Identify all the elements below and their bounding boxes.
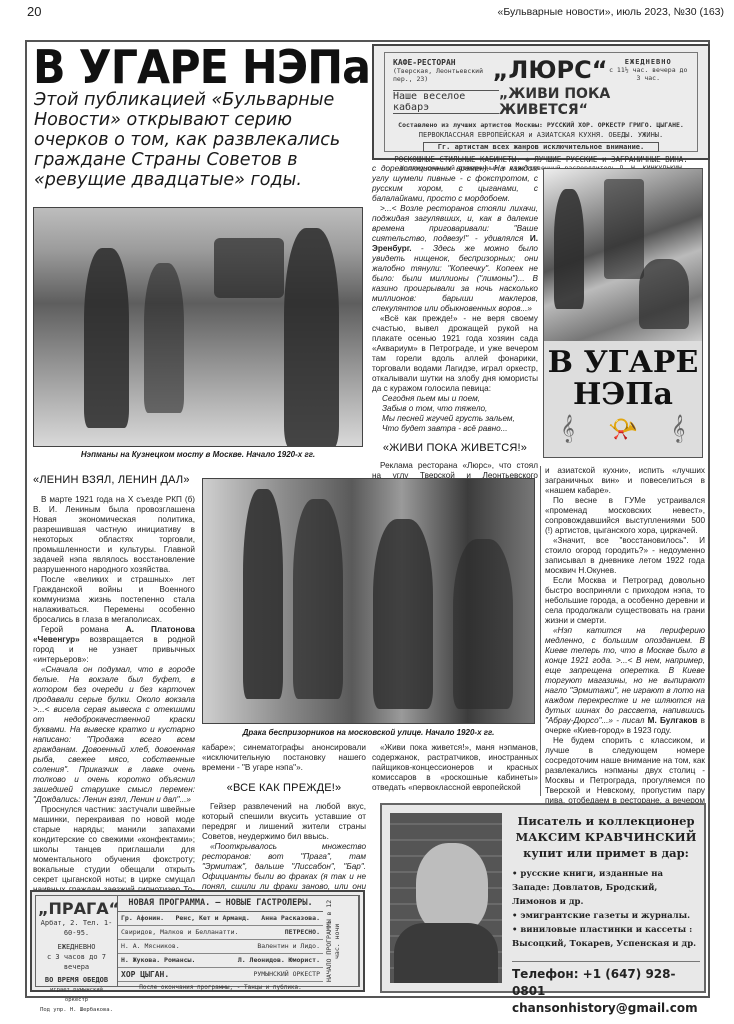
wanted-item: русские книги, изданные на Западе: Довла… bbox=[512, 867, 700, 909]
praga-act: РУМЫНСКИЙ ОРКЕСТР bbox=[253, 969, 320, 980]
photo1-caption: Нэпманы на Кузнецком мосту в Москве. Нач… bbox=[33, 450, 363, 459]
postwar-paragraph: После «великих и страшных» лет Гражданск… bbox=[33, 575, 195, 625]
verse-line: Что будет завтра - всё равно... bbox=[382, 424, 538, 434]
praga-side-text: НАЧАЛО ПРОГРАММЫ в 12 час. ночи bbox=[323, 896, 359, 986]
praga-act: Анна Расказова. bbox=[261, 913, 320, 924]
column-2-text: кабаре»; синематографы анонсировали «иск… bbox=[202, 743, 366, 902]
wanted-items-list: русские книги, изданные на Западе: Довла… bbox=[512, 867, 700, 951]
nep-paragraph: В марте 1921 года на X съезде РКП (б) В.… bbox=[33, 495, 195, 575]
lurs-cafe-label: КАФЕ-РЕСТОРАН bbox=[393, 58, 493, 67]
wanted-item: виниловые пластинки и кассеты : Высоцкий… bbox=[512, 923, 700, 951]
poster-illustration bbox=[544, 169, 702, 341]
praga-address: Арбат, 2. Тел. 1-60-95. bbox=[38, 918, 115, 938]
lurs-name: „ЛЮРС“ bbox=[493, 56, 608, 84]
photo2-caption: Драка беспризорников на московской улице… bbox=[202, 728, 535, 737]
praga-restaurant-ad: „ПРАГА“ Арбат, 2. Тел. 1-60-95. ЕЖЕДНЕВН… bbox=[30, 890, 365, 992]
lurs-line2: ПЕРВОКЛАССНАЯ ЕВРОПЕЙСКАЯ и АЗИАТСКАЯ КУ… bbox=[393, 131, 689, 139]
quote-ehrenburg-a: >...< Возле ресторанов стояли лихачи, по… bbox=[372, 204, 538, 243]
cuisine-paragraph: и азиатской кухни», испить «лучших загра… bbox=[545, 466, 705, 496]
praga-conductor: Под упр. Н. Шербакова. bbox=[38, 1005, 115, 1015]
praga-act: Н. А. Мясников. bbox=[121, 941, 180, 952]
masthead: «Бульварные новости», июль 2023, №30 (16… bbox=[498, 6, 724, 18]
lurs-line3: Гг. артистам всех жанров исключительное … bbox=[423, 142, 659, 152]
article-headline: В УГАРЕ НЭПа bbox=[33, 43, 370, 91]
praga-act: Ренс, Кет и Арманд. bbox=[175, 913, 249, 924]
praga-lunch: ВО ВРЕМЯ ОБЕДОВ bbox=[38, 975, 115, 985]
lurs-hours: с 11½ час. вечера до 3 час. bbox=[607, 66, 689, 82]
column-3-bottom-text: «Живи пока живется!», маня нэпманов, сод… bbox=[372, 743, 538, 793]
okunev-paragraph: «Значит, все "восстановилось". И стоило … bbox=[545, 536, 705, 576]
subheading-lenin: «ЛЕНИН ВЗЯЛ, ЛЕНИН ДАЛ» bbox=[33, 475, 195, 485]
lurs-slogan: „ЖИВИ ПОКА ЖИВЕТСЯ“ bbox=[499, 86, 689, 118]
column-4-text: и азиатской кухни», испить «лучших загра… bbox=[545, 466, 705, 836]
bulgakov-quote: «Нэп катится на периферию медленно, с бо… bbox=[545, 626, 705, 725]
bulgakov-name: М. Булгаков bbox=[648, 716, 698, 725]
column-3-text: с дореволюционных времен). На каждом угл… bbox=[372, 164, 538, 491]
lurs-address: (Тверская, Леонтьевский пер., 23) bbox=[393, 67, 493, 83]
praga-act: ХОР ЦЫГАН. bbox=[121, 969, 169, 980]
lurs-cabaret: Наше веселое кабарэ bbox=[393, 90, 499, 114]
lurs-restaurant-ad: КАФЕ-РЕСТОРАН (Тверская, Леонтьевский пе… bbox=[372, 44, 710, 160]
treble-clef-icon: 𝄞 bbox=[561, 415, 575, 444]
treble-clef-icon: 𝄞 bbox=[671, 415, 685, 444]
poster-v-ugare-nepa: В УГАРЕ НЭПа 𝄞 📯 𝄞 bbox=[543, 168, 703, 458]
article-lead: Этой публикацией «Бульварные Новости» от… bbox=[34, 90, 364, 190]
praga-hours: с 3 часов до 7 вечера bbox=[38, 952, 115, 972]
portrait-photo bbox=[390, 813, 502, 983]
lurs-daily: ЕЖЕДНЕВНО bbox=[607, 58, 689, 66]
verse-line: Забыв о том, что тяжело, bbox=[382, 404, 538, 414]
wanted-item: эмигрантские газеты и журналы. bbox=[512, 909, 700, 923]
praga-act: Свиридов, Малков и Белланатти. bbox=[121, 927, 238, 938]
praga-name: „ПРАГА“ bbox=[38, 900, 115, 918]
subheading-vse-kak-prezhde: «ВСЕ КАК ПРЕЖДЕ!» bbox=[202, 783, 366, 793]
praga-orchestra: играет румынский оркестр bbox=[38, 985, 115, 1005]
platonov-pre: Герой романа bbox=[41, 625, 126, 634]
praga-program-title: НОВАЯ ПРОГРАММА. — НОВЫЕ ГАСТРОЛЕРЫ. bbox=[118, 896, 323, 912]
subheading-zhivi: «ЖИВИ ПОКА ЖИВЕТСЯ!» bbox=[372, 443, 538, 453]
zhivi-paragraph: «Живи пока живется!», маня нэпманов, сод… bbox=[372, 743, 538, 793]
column-divider bbox=[540, 466, 541, 796]
contact-phone[interactable]: Телефон: +1 (647) 928-0801 bbox=[512, 966, 700, 1000]
cabaret-cont-paragraph: кабаре»; синематографы анонсировали «иск… bbox=[202, 743, 366, 773]
verse-line: Сегодня пьем мы и поем, bbox=[382, 394, 538, 404]
kr-title-line1: Писатель и коллекционер bbox=[512, 813, 700, 829]
poster-title-line2: НЭПа bbox=[544, 379, 702, 411]
contact-email[interactable]: chansonhistory@gmail.com bbox=[512, 1000, 700, 1017]
poster-title-line1: В УГАРЕ bbox=[544, 347, 702, 379]
praga-act: Валентин и Лидо. bbox=[257, 941, 320, 952]
praga-daily: ЕЖЕДНЕВНО bbox=[38, 942, 115, 952]
quote-ehrenburg-b: - Здесь же можно было увидеть нищенок, б… bbox=[372, 244, 538, 313]
kr-title-line2: МАКСИМ КРАВЧИНСКИЙ bbox=[512, 829, 700, 845]
quote-ehrenburg-cont: с дореволюционных времен). На каждом угл… bbox=[372, 164, 538, 204]
song-verse: Сегодня пьем мы и поем, Забыв о том, что… bbox=[372, 394, 538, 434]
praga-act: Л. Леонидов. Юморист. bbox=[238, 955, 320, 966]
aquarium-paragraph: «Всё как прежде!» - не веря своему счаст… bbox=[372, 314, 538, 394]
gramophone-icon: 📯 bbox=[608, 415, 638, 444]
chevengur-quote: «Сначала он подумал, что в городе белые.… bbox=[33, 665, 195, 805]
lurs-line1: Составлено из лучших артистов Москвы: РУ… bbox=[393, 121, 689, 129]
column-1-text: «ЛЕНИН ВЗЯЛ, ЛЕНИН ДАЛ» В марте 1921 год… bbox=[33, 472, 195, 935]
gum-paragraph: По весне в ГУМе устраивался «променад мо… bbox=[545, 496, 705, 536]
provinces-paragraph: Если Москва и Петроград довольно быстро … bbox=[545, 576, 705, 626]
photo-street-children-fight bbox=[202, 478, 535, 724]
page-number: 20 bbox=[27, 4, 41, 19]
lurs-line4: РОСКОШНЫЕ СТИЛЬНЫЕ КАБИНЕТЫ. ❁ ЛУЧШИЕ РУ… bbox=[393, 155, 689, 164]
photo-nepmen-kuznetsky-most bbox=[33, 207, 363, 447]
praga-act: ПЕТРЕСНО. bbox=[285, 927, 320, 938]
praga-footer: После окончания программы, - Танцы и пуб… bbox=[118, 982, 323, 993]
verse-line: Мы песней жгучей грусть зальем, bbox=[382, 414, 538, 424]
kravchinsky-collector-ad: Писатель и коллекционер МАКСИМ КРАВЧИНСК… bbox=[380, 803, 706, 993]
geyser-paragraph: Гейзер развлечений на любой вкус, которы… bbox=[202, 802, 366, 842]
kr-title-line3: купит или примет в дар: bbox=[512, 845, 700, 861]
praga-act: Гр. Афонин. bbox=[121, 913, 164, 924]
praga-act: Н. Жукова. Романсы. bbox=[121, 955, 195, 966]
